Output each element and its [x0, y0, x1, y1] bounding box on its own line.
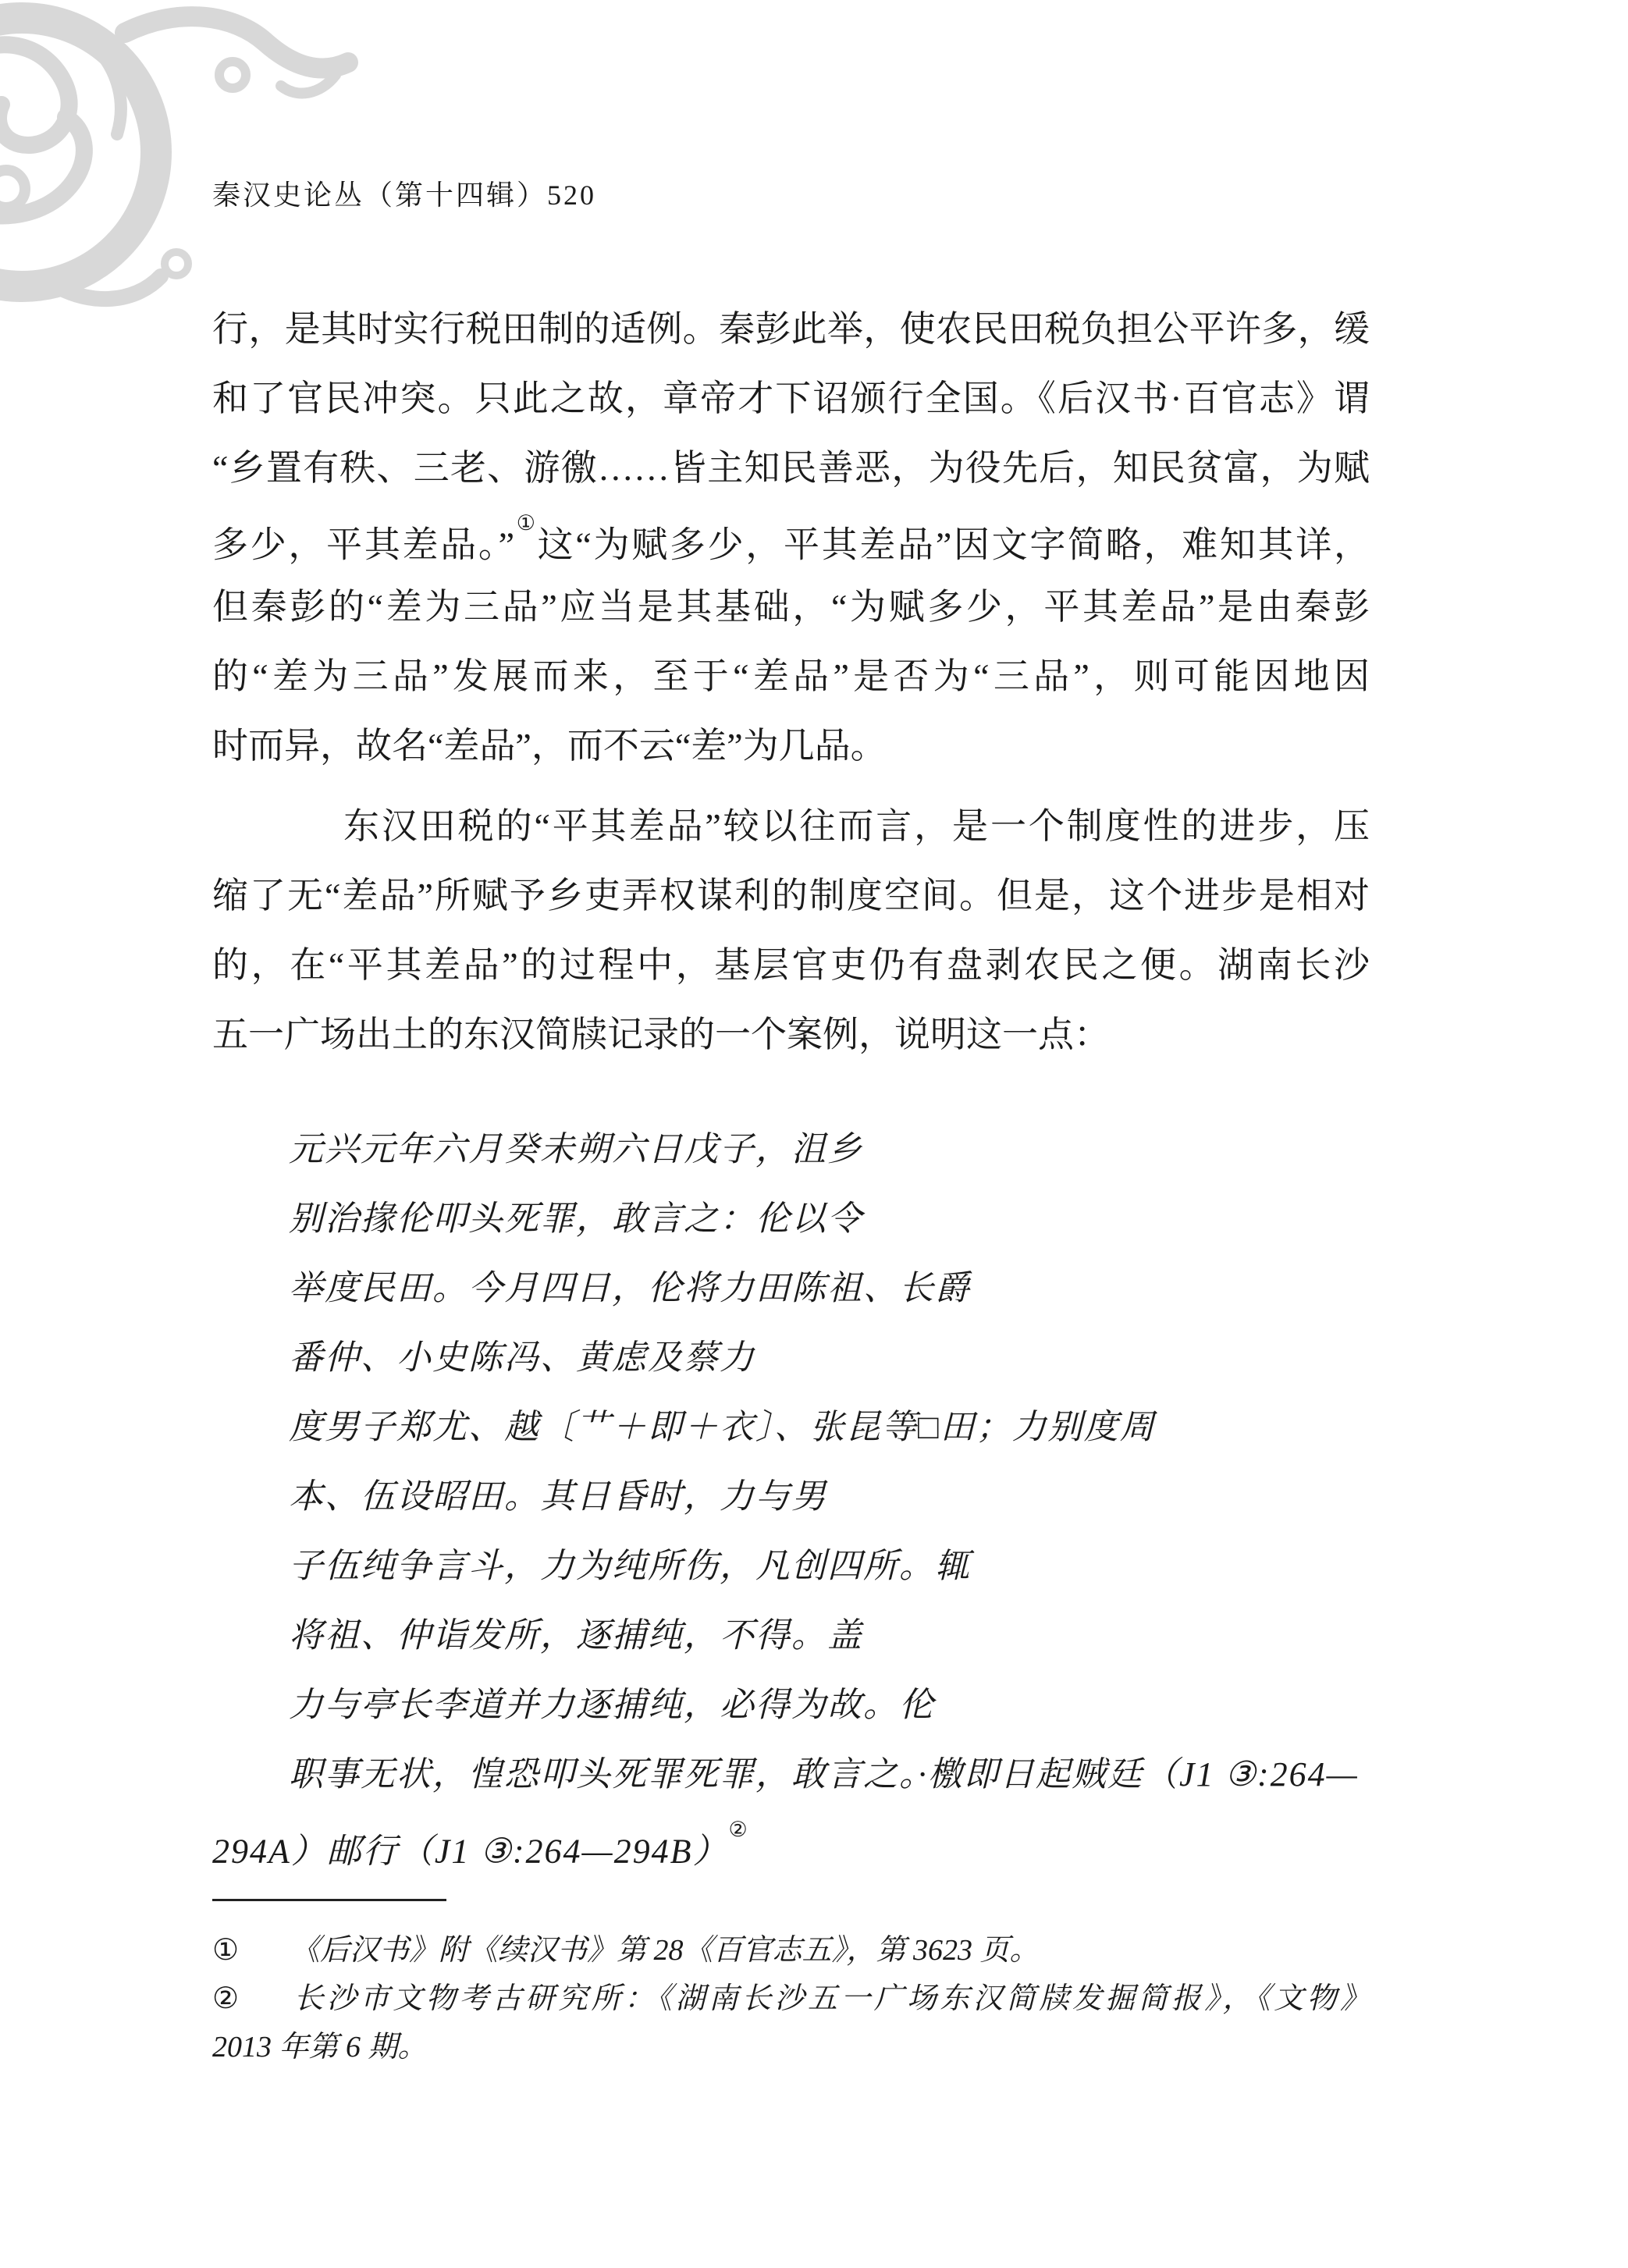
body-line: “乡置有秩、三老、游徼……皆主知民善恶，为役先后，知民贫富，为赋 — [212, 433, 1370, 503]
quote-line: 本、伍设昭田。其日昏时，力与男 — [212, 1462, 1370, 1531]
body-line: 东汉田税的“平其差品”较以往而言，是一个制度性的进步，压 — [212, 791, 1370, 861]
body-text: 多少，平其差品。” — [212, 524, 514, 564]
body-text: 这“为赋多少，平其差品”因文字简略，难知其详， — [538, 524, 1370, 564]
quote-line: 职事无状，惶恐叩头死罪死罪，敢言之。·檄即日起贼廷（J1 ③:264— — [212, 1740, 1370, 1809]
body-line: 的，在“平其差品”的过程中，基层官吏仍有盘剥农民之便。湖南长沙 — [212, 930, 1370, 1000]
book-page: 秦汉史论丛（第十四辑）520 行，是其时实行税田制的适例。秦彭此举，使农民田税负… — [0, 0, 1628, 2268]
footnote-2-continuation: 2013 年第 6 期。 — [212, 2023, 1370, 2071]
quote-line: 别治掾伦叩头死罪，敢言之：伦以令 — [212, 1184, 1370, 1253]
running-header: 秦汉史论丛（第十四辑）520 — [212, 173, 596, 213]
body-line: 五一广场出土的东汉简牍记录的一个案例，说明这一点： — [212, 1000, 1370, 1069]
footnote-ref-2: ② — [729, 1818, 748, 1841]
footnote-2-text-cont: 2013 年第 6 期。 — [212, 2031, 428, 2064]
body-line: 的“差为三品”发展而来，至于“差品”是否为“三品”，则可能因地因 — [212, 642, 1370, 711]
paragraph-2: 东汉田税的“平其差品”较以往而言，是一个制度性的进步，压 缩了无“差品”所赋予乡… — [212, 791, 1370, 1069]
footnote-1: ①《后汉书》附《续汉书》第 28《百官志五》，第 3623 页。 — [212, 1926, 1370, 1975]
quote-line: 子伍纯争言斗，力为纯所伤，凡创四所。辄 — [212, 1531, 1370, 1601]
corner-ornament-icon — [0, 0, 367, 320]
footnote-divider — [212, 1899, 446, 1901]
quote-line: 元兴元年六月癸未朔六日戊子，沮乡 — [212, 1114, 1370, 1184]
body-line: 但秦彭的“差为三品”应当是其基础，“为赋多少，平其差品”是由秦彭 — [212, 572, 1370, 642]
footnote-2-text: 长沙市文物考古研究所：《湖南长沙五一广场东汉简牍发掘简报》，《文物》 — [290, 1982, 1370, 2015]
quote-line: 举度民田。今月四日，伦将力田陈祖、长爵 — [212, 1253, 1370, 1323]
footnote-2-marker: ② — [212, 1975, 290, 2023]
body-line: 缩了无“差品”所赋予乡吏弄权谋利的制度空间。但是，这个进步是相对 — [212, 861, 1370, 930]
footnote-2: ②长沙市文物考古研究所：《湖南长沙五一广场东汉简牍发掘简报》，《文物》 — [212, 1975, 1370, 2023]
quote-line: 度男子郑尤、越〔艹＋即＋衣〕、张昆等□田；力别度周 — [212, 1392, 1370, 1462]
quote-line: 番仲、小史陈冯、黄虑及蔡力 — [212, 1323, 1370, 1392]
footnote-1-text: 《后汉书》附《续汉书》第 28《百官志五》，第 3623 页。 — [290, 1934, 1040, 1967]
footnotes-section: ①《后汉书》附《续汉书》第 28《百官志五》，第 3623 页。 ②长沙市文物考… — [212, 1926, 1370, 2071]
body-line: 和了官民冲突。只此之故，章帝才下诏颁行全国。《后汉书·百官志》谓 — [212, 364, 1370, 433]
body-line: 时而异，故名“差品”，而不云“差”为几品。 — [212, 711, 1370, 780]
footnote-1-marker: ① — [212, 1926, 290, 1975]
paragraph-1: 行，是其时实行税田制的适例。秦彭此举，使农民田税负担公平许多，缓 和了官民冲突。… — [212, 294, 1370, 780]
footnote-ref-1: ① — [514, 511, 538, 535]
quote-line: 294A）邮行（J1 ③:264—294B）② — [212, 1809, 1370, 1879]
quote-text: 294A）邮行（J1 ③:264—294B） — [212, 1833, 729, 1871]
body-line: 多少，平其差品。”①这“为赋多少，平其差品”因文字简略，难知其详， — [212, 503, 1370, 572]
quote-line: 将祖、仲诣发所，逐捕纯，不得。盖 — [212, 1601, 1370, 1670]
bamboo-slip-quote: 元兴元年六月癸未朔六日戊子，沮乡 别治掾伦叩头死罪，敢言之：伦以令 举度民田。今… — [212, 1114, 1370, 1879]
quote-line: 力与亭长李道并力逐捕纯，必得为故。伦 — [212, 1670, 1370, 1740]
body-line: 行，是其时实行税田制的适例。秦彭此举，使农民田税负担公平许多，缓 — [212, 294, 1370, 364]
